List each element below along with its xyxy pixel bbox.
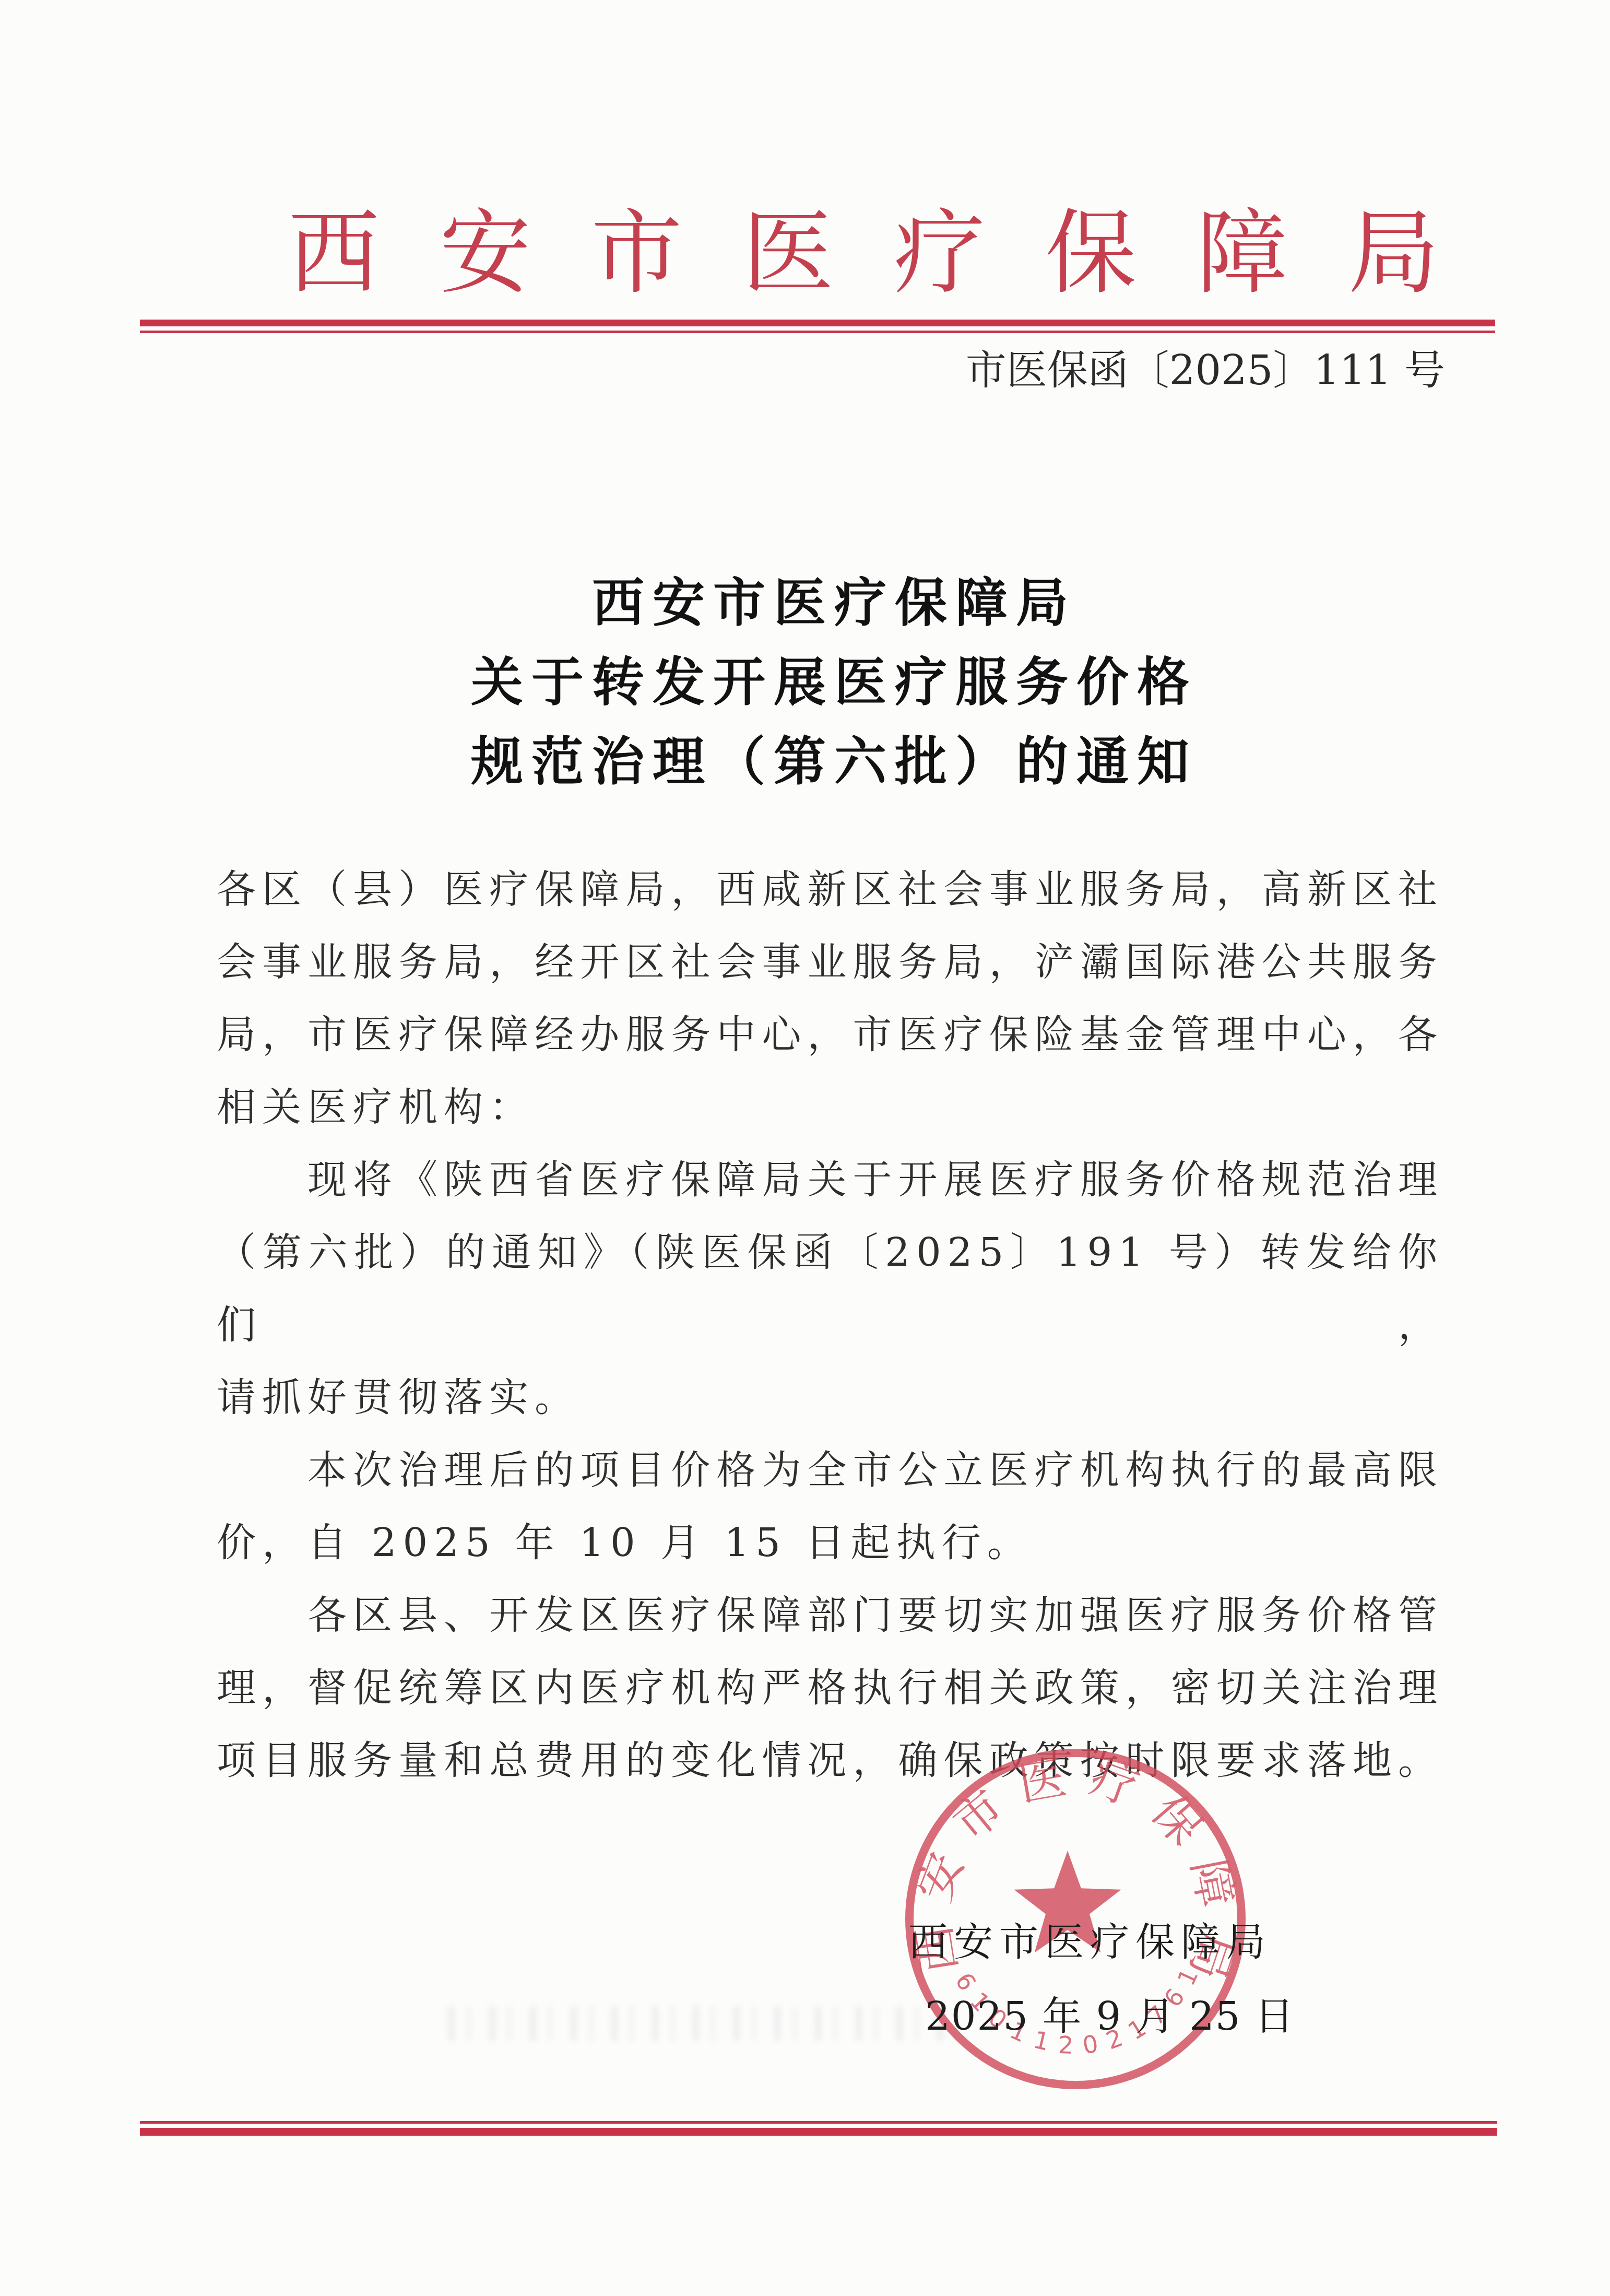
signature-agency: 西安市医疗保障局	[908, 1923, 1272, 1962]
title-line: 规范治理（第六批）的通知	[217, 722, 1443, 801]
header-rule-thick	[140, 320, 1495, 326]
body-line: 相关医疗机构：	[217, 1071, 1443, 1144]
body-line: 价，自 2025 年 10 月 15 日起执行。	[217, 1506, 1443, 1579]
body-line: （第六批）的通知》（陕医保函〔2025〕191 号）转发给你们，	[217, 1216, 1443, 1361]
document-body: 各区（县）医疗保障局，西咸新区社会事业服务局，高新区社会事业服务局，经开区社会事…	[217, 853, 1443, 1797]
body-line: 各区（县）医疗保障局，西咸新区社会事业服务局，高新区社	[217, 853, 1443, 926]
bleedthrough-smudge	[449, 2006, 945, 2041]
footer-rule-thick	[140, 2128, 1497, 2136]
footer-rule-thin	[140, 2121, 1497, 2124]
document-title: 西安市医疗保障局关于转发开展医疗服务价格规范治理（第六批）的通知	[217, 563, 1443, 801]
letterhead-agency-title: 西安市医疗保障局	[288, 208, 1499, 299]
body-line: 项目服务量和总费用的变化情况，确保政策按时限要求落地。	[217, 1724, 1443, 1797]
title-line: 关于转发开展医疗服务价格	[217, 642, 1443, 722]
signature-date: 2025 年 9 月 25 日	[925, 1997, 1295, 2036]
header-rule-thin	[140, 331, 1495, 333]
body-line: 请抓好贯彻落实。	[217, 1361, 1443, 1434]
body-line: 现将《陕西省医疗保障局关于开展医疗服务价格规范治理	[217, 1144, 1443, 1216]
body-line: 本次治理后的项目价格为全市公立医疗机构执行的最高限	[217, 1434, 1443, 1506]
body-line: 局，市医疗保障经办服务中心，市医疗保险基金管理中心，各	[217, 998, 1443, 1071]
body-line: 各区县、开发区医疗保障部门要切实加强医疗服务价格管	[217, 1579, 1443, 1652]
document-number: 市医保函〔2025〕111 号	[966, 349, 1445, 394]
document-page: 西安市医疗保障局 市医保函〔2025〕111 号 西安市医疗保障局关于转发开展医…	[0, 0, 1610, 2296]
body-line: 会事业服务局，经开区社会事业服务局，浐灞国际港公共服务	[217, 926, 1443, 998]
body-line: 理，督促统筹区内医疗机构严格执行相关政策，密切关注治理	[217, 1652, 1443, 1724]
title-line: 西安市医疗保障局	[217, 563, 1443, 642]
